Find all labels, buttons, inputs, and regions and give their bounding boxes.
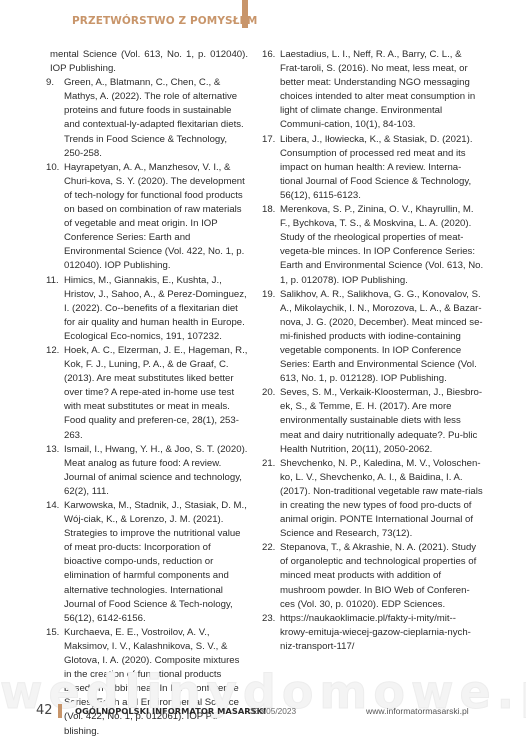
- reference-number: 12.: [46, 344, 59, 358]
- reference-item: 23.https://naukaoklimacie.pl/fakty-i-mit…: [266, 612, 484, 654]
- reference-number: 18.: [262, 203, 275, 217]
- reference-text: Hayrapetyan, A. A., Manzhesov, V. I., & …: [64, 161, 248, 274]
- reference-number: 17.: [262, 133, 275, 147]
- reference-number: 15.: [46, 626, 59, 640]
- right-column: 16.Laestadius, L. I., Neff, R. A., Barry…: [266, 48, 484, 654]
- reference-number: 10.: [46, 161, 59, 175]
- reference-number: 20.: [262, 386, 275, 400]
- left-column: mental Science (Vol. 613, No. 1, p. 0120…: [50, 48, 248, 739]
- reference-text: Stepanova, T., & Akrashie, N. A. (2021).…: [280, 541, 484, 611]
- reference-item: 19.Salikhov, A. R., Salikhova, G. G., Ko…: [266, 288, 484, 387]
- reference-number: 21.: [262, 457, 275, 471]
- page-number: 42: [36, 703, 53, 719]
- reference-continuation: mental Science (Vol. 613, No. 1, p. 0120…: [50, 48, 248, 76]
- reference-number: 19.: [262, 288, 275, 302]
- page-footer: 42 OGÓLNOPOLSKI INFORMATOR MASARSKI 333/…: [0, 703, 526, 719]
- reference-item: 17.Libera, J., Iłowiecka, K., & Stasiak,…: [266, 133, 484, 203]
- reference-number: 11.: [46, 274, 59, 288]
- reference-text: Himics, M., Giannakis, E., Kushta, J., H…: [64, 274, 248, 344]
- reference-item: 13.Ismail, I., Hwang, Y. H., & Joo, S. T…: [50, 443, 248, 499]
- reference-number: 23.: [262, 612, 275, 626]
- reference-item: 11.Himics, M., Giannakis, E., Kushta, J.…: [50, 274, 248, 344]
- website-link[interactable]: www.informatormasarski.pl: [366, 706, 469, 716]
- reference-text: Hoek, A. C., Elzerman, J. E., Hageman, R…: [64, 344, 248, 443]
- reference-item: 22.Stepanova, T., & Akrashie, N. A. (202…: [266, 541, 484, 611]
- reference-text: Salikhov, A. R., Salikhova, G. G., Konov…: [280, 288, 484, 387]
- section-title: PRZETWÓRSTWO Z POMYSŁEM: [72, 15, 257, 27]
- reference-number: 22.: [262, 541, 275, 555]
- reference-number: 13.: [46, 443, 59, 457]
- reference-item: 20.Seves, S. M., Verkaik-Kloosterman, J.…: [266, 386, 484, 456]
- publication-title: OGÓLNOPOLSKI INFORMATOR MASARSKI: [75, 706, 266, 716]
- reference-text: Laestadius, L. I., Neff, R. A., Barry, C…: [280, 48, 484, 133]
- reference-text: Karwowska, M., Stadnik, J., Stasiak, D. …: [64, 499, 248, 626]
- reference-number: 16.: [262, 48, 275, 62]
- footer-accent-bar: [58, 704, 62, 718]
- reference-item: 12.Hoek, A. C., Elzerman, J. E., Hageman…: [50, 344, 248, 443]
- reference-item: 16.Laestadius, L. I., Neff, R. A., Barry…: [266, 48, 484, 133]
- reference-text: Shevchenko, N. P., Kaledina, M. V., Volo…: [280, 457, 484, 542]
- reference-number: 14.: [46, 499, 59, 513]
- reference-number: 9.: [46, 76, 54, 90]
- reference-item: 9.Green, A., Blatmann, C., Chen, C., & M…: [50, 76, 248, 161]
- reference-text: Green, A., Blatmann, C., Chen, C., & Mat…: [64, 76, 248, 161]
- reference-text: Ismail, I., Hwang, Y. H., & Joo, S. T. (…: [64, 443, 248, 499]
- reference-text reference-link[interactable]: https://naukaoklimacie.pl/fakty-i-mity/m…: [280, 612, 484, 654]
- reference-text: Libera, J., Iłowiecka, K., & Stasiak, D.…: [280, 133, 484, 203]
- reference-text: Merenkova, S. P., Zinina, O. V., Khayrul…: [280, 203, 484, 288]
- header-accent-bar: [242, 0, 248, 28]
- issue-number: 333/05/2023: [250, 706, 296, 716]
- reference-item: 18.Merenkova, S. P., Zinina, O. V., Khay…: [266, 203, 484, 288]
- reference-item: 14.Karwowska, M., Stadnik, J., Stasiak, …: [50, 499, 248, 626]
- reference-text: Seves, S. M., Verkaik-Kloosterman, J., B…: [280, 386, 484, 456]
- reference-item: 21.Shevchenko, N. P., Kaledina, M. V., V…: [266, 457, 484, 542]
- reference-item: 10.Hayrapetyan, A. A., Manzhesov, V. I.,…: [50, 161, 248, 274]
